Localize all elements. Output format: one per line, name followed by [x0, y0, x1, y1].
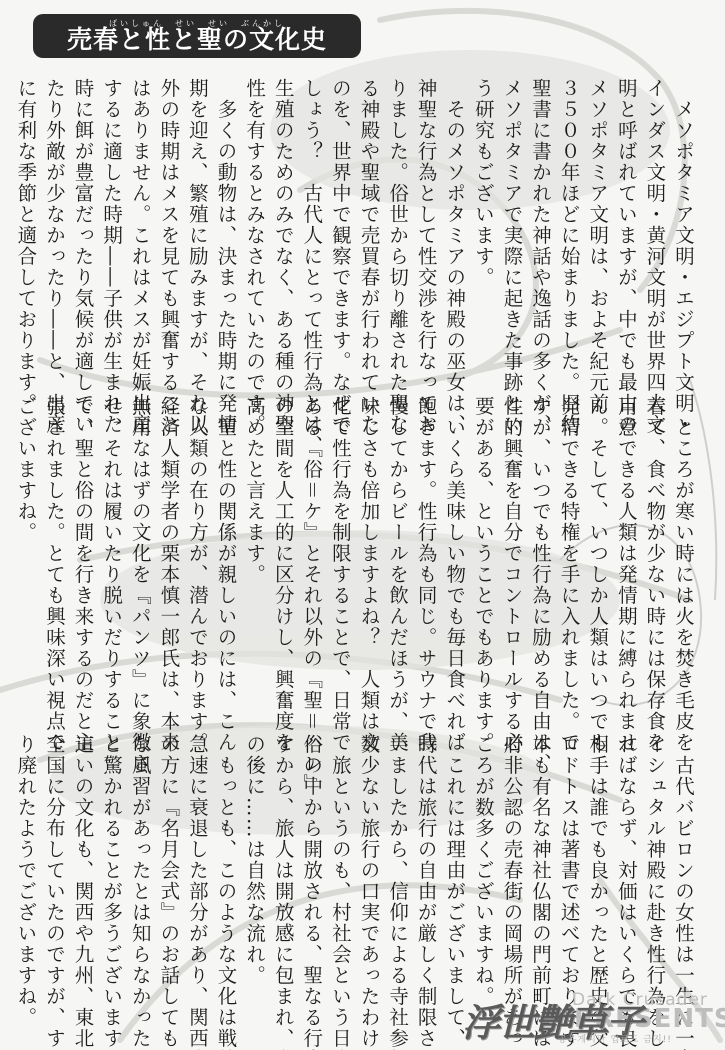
text-column: 用意できる人類は発情期に縛られませ	[611, 396, 640, 696]
text-column: 聖書に書かれた神話や逸話の多くが、	[525, 78, 554, 358]
text-column: いましたから、信仰による寺社参拝が、	[382, 734, 411, 1034]
text-column: すから、旅人は開放感に包まれ、参拝	[268, 734, 297, 1034]
text-column: 俗の中から開放される、聖なる行為で	[297, 734, 326, 1034]
article-title-banner: ばいしゅん せい せい ぶんかし 売春と性と聖の文化史	[33, 14, 361, 58]
text-column: 這いの文化も、関西や九州、東北など	[68, 734, 97, 1034]
text-column: 期を迎え、繁殖に励みますが、それ以	[182, 78, 211, 358]
text-band-2: ところが寒い時には火を焚き毛皮を 着て、食べ物が少ない時には保存食を 用意できる…	[27, 396, 697, 696]
text-column: な人類の在り方が、潜んでおります。	[182, 396, 211, 696]
text-column: 全国に分布していたのですが、すっか	[39, 734, 68, 1034]
scanlation-watermark: Dark Crusader PRESENTS 浮世艶草子 공유게시판 업로드 금…	[462, 990, 722, 1045]
text-column: せ、それは履いたり脱いだりすること	[97, 396, 126, 696]
text-column: 聖と性の関係が親しいのには、こん	[211, 396, 240, 696]
text-column: 着て、食べ物が少ない時には保存食を	[640, 396, 669, 696]
text-column: 数少ない旅行の口実であったわけです。	[354, 734, 383, 1034]
text-column: 時代は旅行の自由が厳しく制限されて	[411, 734, 440, 1034]
text-column: 旅というのも、村社会という日常＝	[325, 734, 354, 1034]
text-column: 外の時期はメスを見ても興奮すること	[154, 78, 183, 358]
text-column: そのメソポタミアの神殿の巫女は、	[440, 78, 469, 358]
text-column: 多くの動物は、決まった時期に発情	[211, 78, 240, 358]
text-column: イシュタル神殿に赴き性行為をしなけ	[640, 734, 669, 1034]
text-column: メソポタミア文明・エジプト文明・	[668, 78, 697, 358]
text-column: するに適した時期――子供が生まれた	[97, 78, 126, 358]
text-column: ところが寒い時には火を焚き毛皮を	[668, 396, 697, 696]
text-column: に有利な季節と適合しております。	[11, 78, 40, 358]
text-column: 相手は誰でも良かったと歴史の父・ヘ	[583, 734, 612, 1034]
text-column: 要がある、ということでもあります。	[468, 396, 497, 696]
text-column: 時に餌が豊富だったり気候が適してい	[68, 78, 97, 358]
text-column: 府非公認の売春街の岡場所があったと	[497, 734, 526, 1034]
text-column: 張されました。とても興味深い視点で	[39, 396, 68, 696]
article-title: 売春と性と聖の文化史	[67, 27, 327, 58]
text-column: ころが数多くございますね。	[468, 734, 497, 1034]
text-column: しょう？ 古代人にとって性行為とは、	[297, 78, 326, 358]
text-column: 飽きます。性行為も同じ。サウナで我	[411, 396, 440, 696]
text-column: と驚かれることが多うございます。夜	[97, 734, 126, 1034]
text-column: 無用なはずの文化を『パンツ』に象徴さ	[125, 396, 154, 696]
text-column: いくら美味しい物でも毎日食べれば	[440, 396, 469, 696]
text-band-3: 古代バビロンの女性は一生に一度、 イシュタル神殿に赴き性行為をしなけ ればならず…	[27, 734, 697, 1034]
text-column: 高めたと言えます。	[240, 396, 269, 696]
text-column: ればならず、対価はいくらでも良く、	[611, 734, 640, 1034]
text-column: 古代バビロンの女性は一生に一度、	[668, 734, 697, 1034]
text-column: メソポタミア文明は、およそ紀元前	[583, 78, 612, 358]
text-column: ロドトスは著書で述べております。日	[554, 734, 583, 1034]
text-column: 化で性行為を制限することで、日常で	[325, 396, 354, 696]
text-column: 性を有するとみなされていたのです。	[240, 78, 269, 358]
text-column: の方に『名月会式』のお話しても、そん	[154, 734, 183, 1034]
text-column: り廃れたようでございますね。	[11, 734, 40, 1034]
text-column: の後に……は自然な流れ。	[240, 734, 269, 1034]
text-column: インダス文明・黄河文明が世界四大文	[640, 78, 669, 358]
text-column: 味しさも倍加しますよね？ 人類は文	[354, 396, 383, 696]
text-column: 慢してからビールを飲んだほうが、美	[382, 396, 411, 696]
text-column: はありません。これはメスが妊娠出産	[125, 78, 154, 358]
text-column: メソポタミアで実際に起きた事跡とい	[497, 78, 526, 358]
text-column: ございますね。	[11, 396, 40, 696]
text-column: な風習があったとは知らなかった……	[125, 734, 154, 1034]
text-column: もっとも、このような文化は戦後に	[211, 734, 240, 1034]
text-column: ん。そして、いつしか人類はいつでも	[583, 396, 612, 696]
title-ruby: ばいしゅん せい せい ぶんかし	[33, 18, 361, 29]
text-column: 急速に衰退した部分があり、関西出身	[182, 734, 211, 1034]
text-column: ある『俗＝ケ』とそれ以外の『聖＝ハレ』	[297, 396, 326, 696]
text-column: 発情できる特権を手に入れました。で	[554, 396, 583, 696]
text-column: たり外敵が少なかったり――と、出産	[39, 78, 68, 358]
text-column: ３５００年ほどに始まりました。旧約	[554, 78, 583, 358]
text-column: 性的興奮を自分でコントロールする必	[497, 396, 526, 696]
text-column: 経済人類学者の栗本慎一郎氏は、本来	[154, 396, 183, 696]
text-column: これには理由がございまして、江戸	[440, 734, 469, 1034]
text-column: 神聖な行為として性交渉を行なってお	[411, 78, 440, 358]
text-column: すが、いつでも性行為に励める自由は、	[525, 396, 554, 696]
text-column: 本も有名な神社仏閣の門前町には、幕	[525, 734, 554, 1034]
text-column: る神殿や聖域で売買春が行われていた	[354, 78, 383, 358]
text-column: りました。俗世から切り離された聖な	[382, 78, 411, 358]
text-column: 生殖のためのみでなく、ある種の神聖	[268, 78, 297, 358]
text-column: のを、世界中で観察できます。なぜで	[325, 78, 354, 358]
text-column: う研究もございます。	[468, 78, 497, 358]
text-column: の空間を人工的に区分けし、興奮度を	[268, 396, 297, 696]
text-column: 明と呼ばれていますが、中でも最古の	[611, 78, 640, 358]
watermark-note: 공유게시판 업로드 금지!!	[558, 1032, 672, 1045]
text-column: で、聖と俗の間を行き来するのだと主	[68, 396, 97, 696]
text-band-1: メソポタミア文明・エジプト文明・ インダス文明・黄河文明が世界四大文 明と呼ばれ…	[57, 78, 697, 358]
